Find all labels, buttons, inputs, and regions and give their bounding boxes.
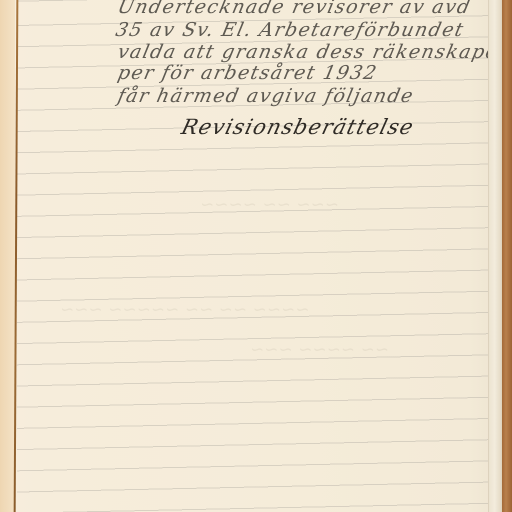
book-cover-edge [502,0,512,512]
handwritten-line-2: 35 av Sv. El. Arbetareförbundet [114,19,467,41]
page-stack-edge [488,0,503,512]
ink-bleed-through: ~~ ~~~~ ~~~ [248,340,391,360]
handwritten-line-4: per för arbetsåret 1932 [116,62,380,84]
handwritten-line-5: får härmed avgiva följande [116,85,416,107]
handwritten-line-3: valda att granska dess räkenskaper- [116,41,512,63]
binding-gutter [0,0,15,512]
notebook-page: ~~~ ~~ ~~~~ ~~~~ ~~ ~~ ~~~~~ ~~~ ~~ ~~~~… [0,0,512,512]
ink-bleed-through: ~~~ ~~ ~~~~ [198,195,341,215]
handwritten-line-1: Undertecknade revisorer av avd [116,0,474,18]
document-heading: Revisionsberättelse [179,115,417,139]
ink-bleed-through: ~~~~ ~~ ~~ ~~~~~ ~~~ [58,300,312,320]
